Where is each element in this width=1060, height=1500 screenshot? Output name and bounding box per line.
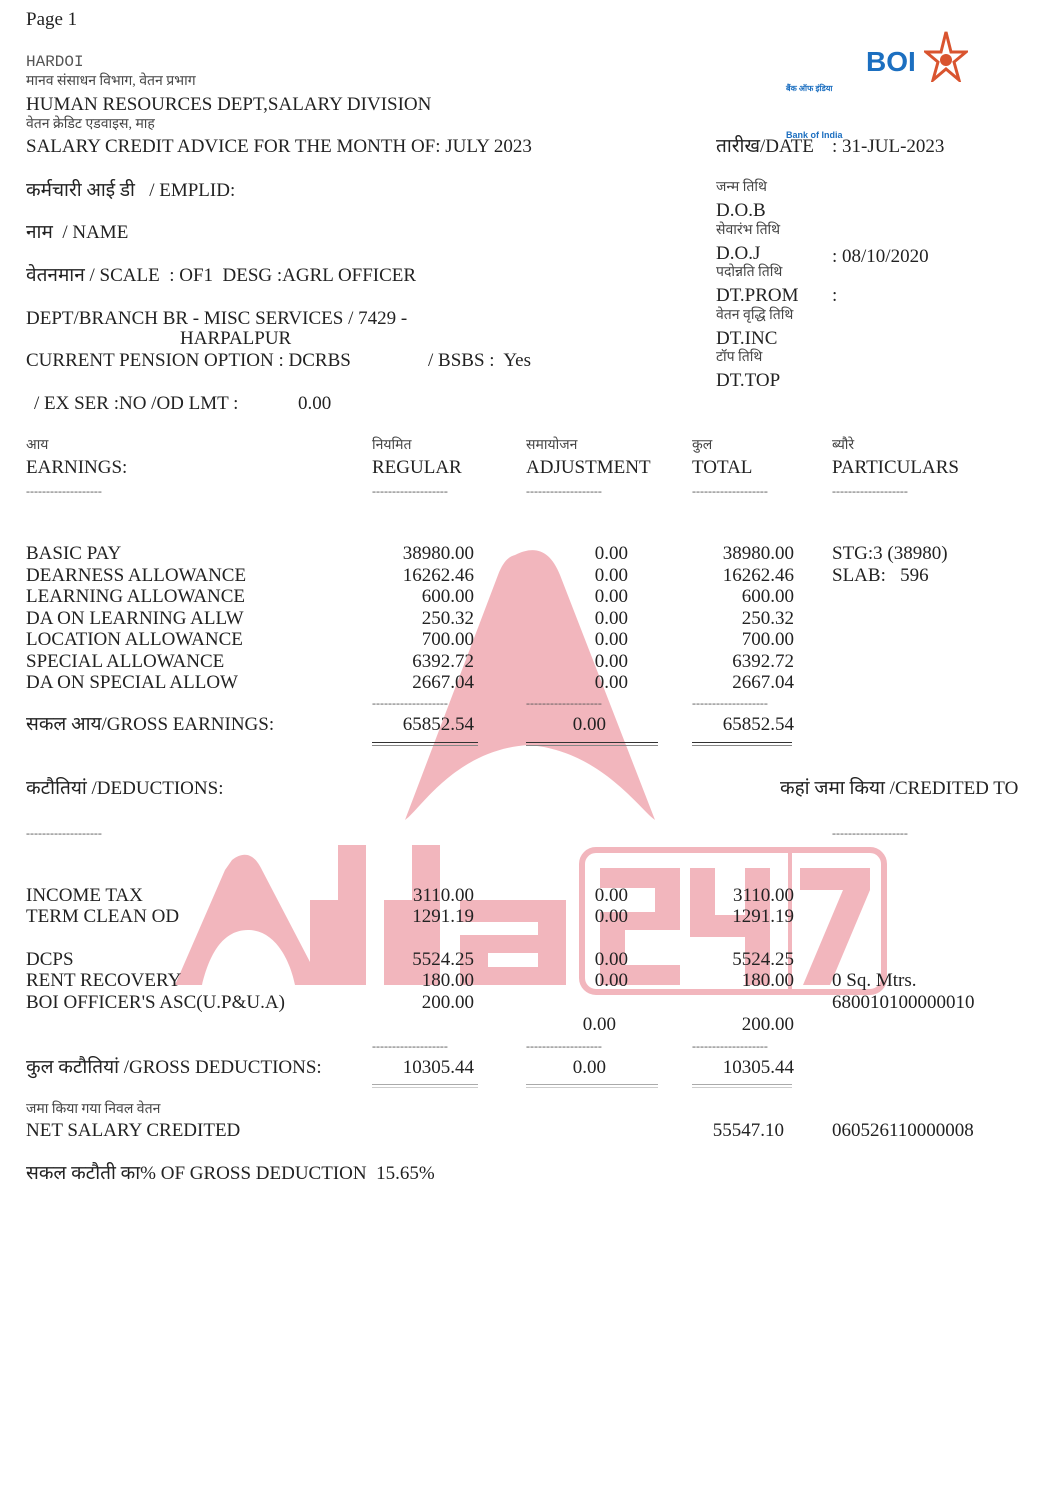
row-adjustment: 0.00 bbox=[518, 949, 628, 970]
row-total: 38980.00 bbox=[684, 543, 794, 564]
row-regular: 16262.46 bbox=[364, 565, 474, 586]
pension-option: CURRENT PENSION OPTION : DCRBS bbox=[26, 350, 351, 371]
row-regular: 5524.25 bbox=[364, 949, 474, 970]
double-underline bbox=[372, 1084, 478, 1088]
column-divider: ------------------- bbox=[372, 484, 448, 499]
row-regular: 250.32 bbox=[364, 608, 474, 629]
date-label: DT.PROM bbox=[716, 285, 799, 306]
column-hindi-header: आय bbox=[26, 438, 48, 454]
row-adjustment: 0.00 bbox=[518, 651, 628, 672]
date-value: : 31-JUL-2023 bbox=[832, 136, 944, 157]
column-hindi-header: ब्यौरे bbox=[832, 438, 854, 454]
row-adjustment: 0.00 bbox=[518, 885, 628, 906]
row-adjustment: 0.00 bbox=[518, 672, 628, 693]
table-row: SPECIAL ALLOWANCE6392.720.006392.72 bbox=[0, 651, 1060, 672]
date-value: : bbox=[832, 285, 837, 306]
row-name: TERM CLEAN OD bbox=[26, 906, 179, 927]
column-hindi-header: नियमित bbox=[372, 438, 412, 454]
emplid-label: कर्मचारी आई डी / EMPLID: bbox=[26, 180, 235, 201]
row-regular: 2667.04 bbox=[364, 672, 474, 693]
date-hindi-label: जन्म तिथि bbox=[716, 180, 767, 196]
gross-earnings-label: सकल आय/GROSS EARNINGS: bbox=[26, 714, 274, 735]
table-row: RENT RECOVERY180.000.00180.000 Sq. Mtrs. bbox=[0, 970, 1060, 991]
gross-earnings-regular: 65852.54 bbox=[364, 714, 474, 735]
row-name: DA ON LEARNING ALLW bbox=[26, 608, 244, 629]
table-row: BASIC PAY38980.000.0038980.00STG:3 (3898… bbox=[0, 543, 1060, 564]
gross-deductions-regular: 10305.44 bbox=[364, 1057, 474, 1078]
subtotal-divider: ------------------- bbox=[526, 696, 602, 711]
row-regular: 200.00 bbox=[364, 992, 474, 1013]
date-hindi-label: पदोन्नति तिथि bbox=[716, 265, 782, 281]
row-adjustment: 0.00 bbox=[518, 543, 628, 564]
row-name: DEARNESS ALLOWANCE bbox=[26, 565, 246, 586]
row-name: BOI OFFICER'S ASC(U.P&U.A) bbox=[26, 992, 285, 1013]
row-adjustment: 0.00 bbox=[518, 906, 628, 927]
row-particulars: 0 Sq. Mtrs. bbox=[832, 970, 916, 991]
column-divider: ------------------- bbox=[26, 484, 102, 499]
column-hindi-header: कुल bbox=[692, 438, 712, 454]
gross-deductions-label: कुल कटौतियां /GROSS DEDUCTIONS: bbox=[26, 1057, 322, 1078]
table-row: LEARNING ALLOWANCE600.000.00600.00 bbox=[0, 586, 1060, 607]
row-name: DCPS bbox=[26, 949, 74, 970]
date-hindi-label: टॉप तिथि bbox=[716, 350, 762, 366]
od-limit-value: 0.00 bbox=[298, 393, 331, 414]
row-regular: 6392.72 bbox=[364, 651, 474, 672]
date-label: DT.INC bbox=[716, 328, 777, 349]
logo-mark: BOI bbox=[866, 47, 916, 77]
row-adjustment: 0.00 bbox=[518, 608, 628, 629]
row-total: 700.00 bbox=[684, 629, 794, 650]
double-underline bbox=[372, 742, 478, 746]
row-adjustment: 0.00 bbox=[518, 970, 628, 991]
subtotal-divider: ------------------- bbox=[526, 1039, 602, 1054]
row-adjustment: 0.00 bbox=[518, 1014, 628, 1035]
gross-earnings-adjustment: 0.00 bbox=[518, 714, 628, 735]
subtotal-divider: ------------------- bbox=[692, 696, 768, 711]
net-hindi: जमा किया गया निवल वेतन bbox=[26, 1102, 160, 1118]
dept-branch-line: DEPT/BRANCH BR - MISC SERVICES / 7429 - bbox=[26, 308, 407, 329]
date-label: D.O.J bbox=[716, 243, 760, 264]
table-row: DA ON SPECIAL ALLOW2667.040.002667.04 bbox=[0, 672, 1060, 693]
table-row: DEARNESS ALLOWANCE16262.460.0016262.46SL… bbox=[0, 565, 1060, 586]
double-underline bbox=[692, 1084, 792, 1088]
gross-deductions-total: 10305.44 bbox=[684, 1057, 794, 1078]
row-regular: 3110.00 bbox=[364, 885, 474, 906]
row-adjustment: 0.00 bbox=[518, 565, 628, 586]
credited-divider: ------------------- bbox=[832, 826, 908, 841]
row-total: 5524.25 bbox=[684, 949, 794, 970]
row-particulars: SLAB: 596 bbox=[832, 565, 929, 586]
row-total: 600.00 bbox=[684, 586, 794, 607]
row-name: LEARNING ALLOWANCE bbox=[26, 586, 245, 607]
column-divider: ------------------- bbox=[832, 484, 908, 499]
row-adjustment: 0.00 bbox=[518, 586, 628, 607]
column-header: ADJUSTMENT bbox=[526, 457, 651, 478]
deductions-label: कटौतियां /DEDUCTIONS: bbox=[26, 778, 223, 799]
name-label: नाम / NAME bbox=[26, 222, 128, 243]
dept-branch-line-2: HARPALPUR bbox=[180, 328, 291, 349]
scale-line: वेतनमान / SCALE : OF1 DESG :AGRL OFFICER bbox=[26, 265, 416, 286]
row-name: SPECIAL ALLOWANCE bbox=[26, 651, 224, 672]
row-regular: 600.00 bbox=[364, 586, 474, 607]
dept-title: HUMAN RESOURCES DEPT,SALARY DIVISION bbox=[26, 94, 431, 115]
row-total: 1291.19 bbox=[684, 906, 794, 927]
column-header: TOTAL bbox=[692, 457, 752, 478]
net-amount: 55547.10 bbox=[680, 1120, 784, 1141]
column-divider: ------------------- bbox=[692, 484, 768, 499]
row-total: 3110.00 bbox=[684, 885, 794, 906]
gross-deductions-adjustment: 0.00 bbox=[518, 1057, 628, 1078]
percent-deduction-line: सकल कटौती का% OF GROSS DEDUCTION 15.65% bbox=[26, 1163, 435, 1184]
date-hindi-label: वेतन वृद्धि तिथि bbox=[716, 308, 793, 324]
row-regular: 700.00 bbox=[364, 629, 474, 650]
subtotal-divider: ------------------- bbox=[372, 1039, 448, 1054]
date-label: D.O.B bbox=[716, 200, 766, 221]
row-name: RENT RECOVERY bbox=[26, 970, 181, 991]
star-icon bbox=[924, 30, 968, 82]
double-underline bbox=[526, 742, 658, 746]
column-hindi-header: समायोजन bbox=[526, 438, 577, 454]
row-regular: 1291.19 bbox=[364, 906, 474, 927]
column-header: EARNINGS: bbox=[26, 457, 127, 478]
row-name: LOCATION ALLOWANCE bbox=[26, 629, 243, 650]
column-header: REGULAR bbox=[372, 457, 462, 478]
table-row: TERM CLEAN OD1291.190.001291.19 bbox=[0, 906, 1060, 927]
gross-earnings-total: 65852.54 bbox=[684, 714, 794, 735]
column-header: PARTICULARS bbox=[832, 457, 959, 478]
subtotal-divider: ------------------- bbox=[692, 1039, 768, 1054]
date-label: DT.TOP bbox=[716, 370, 780, 391]
adda247-watermark bbox=[0, 0, 1060, 1500]
table-row: DA ON LEARNING ALLW250.320.00250.32 bbox=[0, 608, 1060, 629]
row-particulars: 680010100000010 bbox=[832, 992, 975, 1013]
table-row: BOI OFFICER'S ASC(U.P&U.A)200.000.00200.… bbox=[0, 992, 1060, 1013]
net-label: NET SALARY CREDITED bbox=[26, 1120, 240, 1141]
table-row: INCOME TAX3110.000.003110.00 bbox=[0, 885, 1060, 906]
row-total: 6392.72 bbox=[684, 651, 794, 672]
logo-hindi: बैंक ऑफ इंडिया bbox=[786, 84, 846, 94]
double-underline bbox=[692, 742, 792, 746]
double-underline bbox=[526, 1084, 658, 1088]
location: HARDOI bbox=[26, 53, 84, 71]
row-regular: 180.00 bbox=[364, 970, 474, 991]
row-total: 2667.04 bbox=[684, 672, 794, 693]
date-hindi-label: सेवारंभ तिथि bbox=[716, 223, 780, 239]
row-total: 16262.46 bbox=[684, 565, 794, 586]
date-value: : 08/10/2020 bbox=[832, 246, 929, 267]
row-total: 200.00 bbox=[684, 1014, 794, 1035]
subtotal-divider: ------------------- bbox=[372, 696, 448, 711]
table-row: LOCATION ALLOWANCE700.000.00700.00 bbox=[0, 629, 1060, 650]
dept-hindi: मानव संसाधन विभाग, वेतन प्रभाग bbox=[26, 74, 196, 90]
row-total: 250.32 bbox=[684, 608, 794, 629]
advice-hindi: वेतन क्रेडिट एडवाइस, माह bbox=[26, 117, 155, 133]
table-row: DCPS5524.250.005524.25 bbox=[0, 949, 1060, 970]
credited-to-label: कहां जमा किया /CREDITED TO bbox=[780, 778, 1018, 799]
date-label: तारीख/DATE bbox=[716, 136, 814, 157]
row-total: 180.00 bbox=[684, 970, 794, 991]
advice-title: SALARY CREDIT ADVICE FOR THE MONTH OF: J… bbox=[26, 136, 532, 157]
row-name: DA ON SPECIAL ALLOW bbox=[26, 672, 238, 693]
column-divider: ------------------- bbox=[526, 484, 602, 499]
ex-ser-line: / EX SER :NO /OD LMT : bbox=[34, 393, 238, 414]
net-account: 060526110000008 bbox=[832, 1120, 974, 1141]
bsbs-line: / BSBS : Yes bbox=[428, 350, 531, 371]
page-label: Page 1 bbox=[26, 9, 77, 30]
row-name: INCOME TAX bbox=[26, 885, 143, 906]
deductions-divider: ------------------- bbox=[26, 826, 102, 841]
row-name: BASIC PAY bbox=[26, 543, 121, 564]
row-adjustment: 0.00 bbox=[518, 629, 628, 650]
row-regular: 38980.00 bbox=[364, 543, 474, 564]
row-particulars: STG:3 (38980) bbox=[832, 543, 948, 564]
